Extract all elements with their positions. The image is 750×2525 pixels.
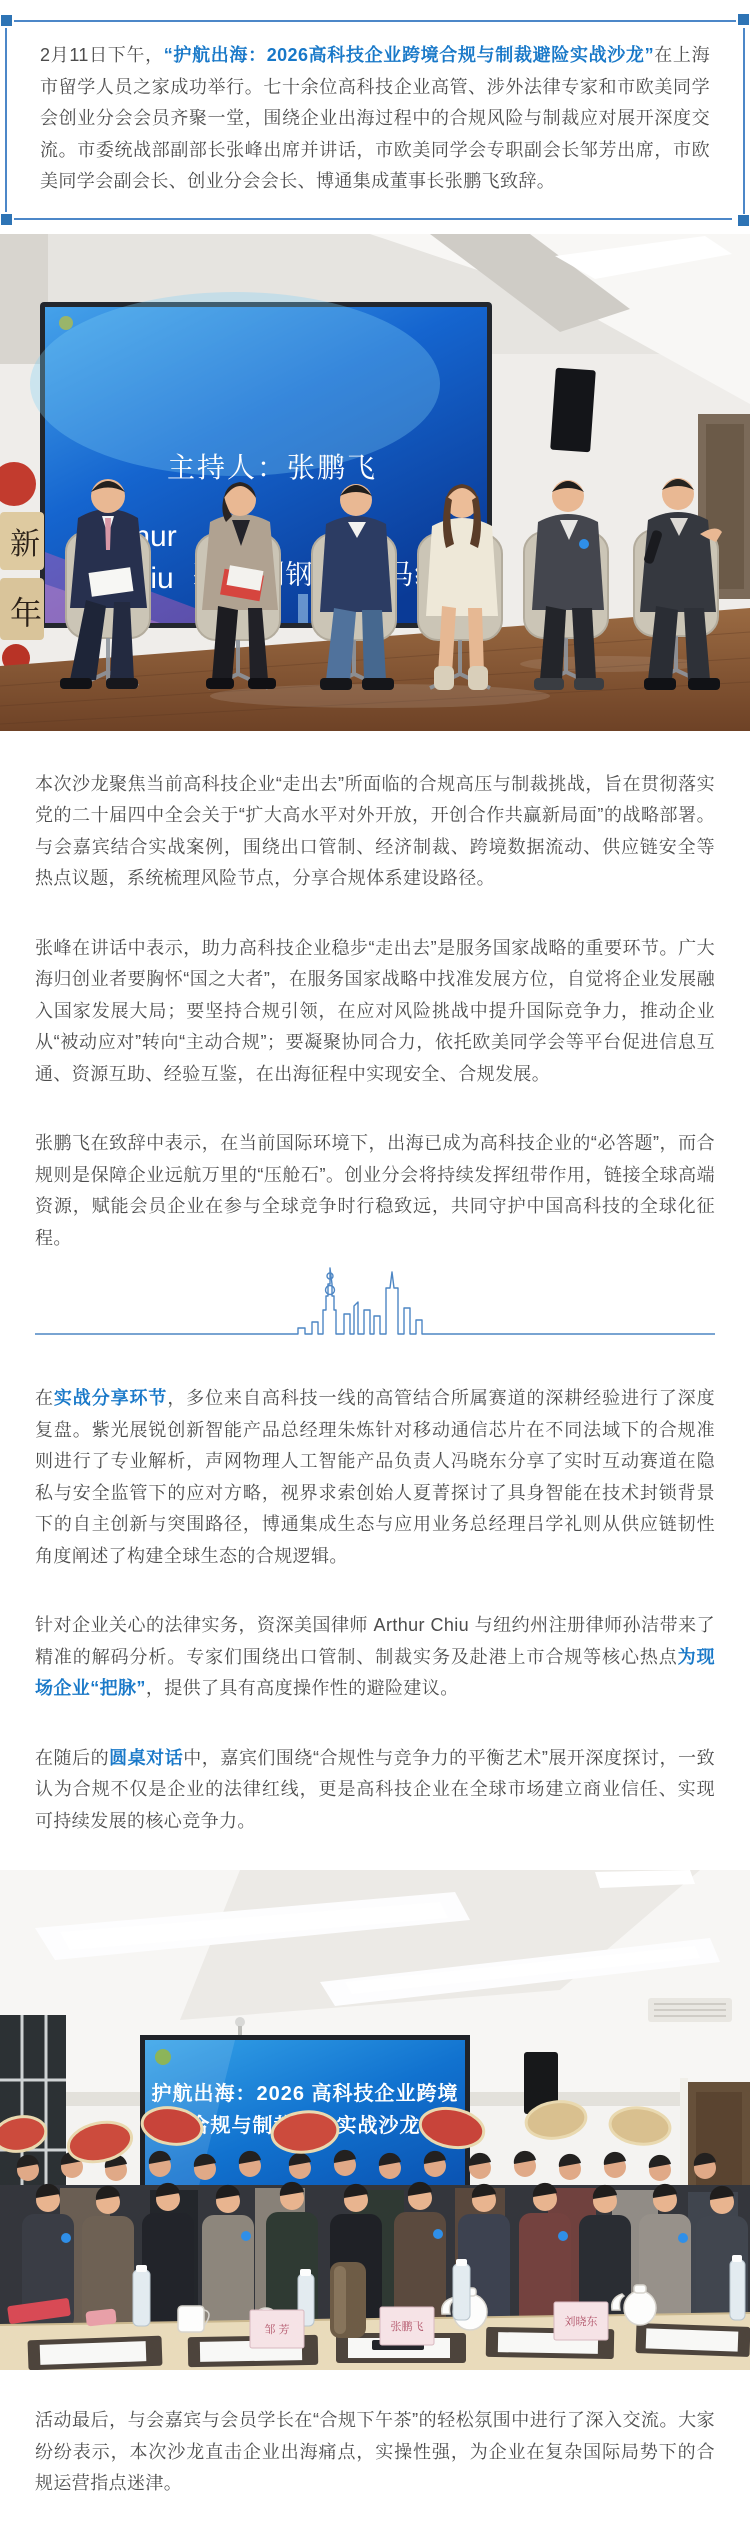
event-photo-group[interactable]: 护航出海：2026 高科技企业跨境 合规与制裁避险实战沙龙 [0,1870,750,2370]
skyline-divider [0,1264,750,1361]
event-photo-panel[interactable]: 主持人：张鹏飞 Arthur Chiu 孙洁 刘钢 杜玲 马继荣 新 年 [0,234,750,731]
frame-square-bottom-left [1,214,12,225]
screen-logo-dot [59,316,73,330]
intro-prefix: 2月11日下午， [40,45,164,65]
p6-pre: 针对企业关心的法律实务，资深美国律师 Arthur Chiu 与纽约州注册律师孙… [35,1615,715,1667]
decor-calligraphy-top: 新 [10,528,40,561]
p6-post: ，提供了具有高度操作性的避险建议。 [146,1678,459,1698]
intro-body: 在上海市留学人员之家成功举行。七十余位高科技企业高管、涉外法律专家和市欧美同学会… [40,45,710,191]
frame-square-top-left [1,15,12,26]
p5-pre: 在 [35,1388,54,1408]
event-title: “护航出海：2026高科技企业跨境合规与制裁避险实战沙龙” [164,45,654,65]
p5-post: ，多位来自高科技一线的高管结合所属赛道的深耕经验进行了深度复盘。紫光展锐创新智能… [35,1388,715,1566]
name-card-2: 张鹏飞 [391,2320,424,2333]
frame-line-bottom [14,218,732,220]
ceiling-camera [235,2017,245,2027]
frame-line-top [14,20,736,22]
paragraph-zhangpengfei-speech: 张鹏飞在致辞中表示，在当前国际环境下，出海已成为高科技企业的“必答题”，而合规则… [35,1128,715,1254]
paragraph-zhangfeng-speech: 张峰在讲话中表示，助力高科技企业稳步“走出去”是服务国家战略的重要环节。广大海归… [35,933,715,1091]
paragraph-roundtable: 在随后的圆桌对话中，嘉宾们围绕“合规性与竞争力的平衡艺术”展开深度探讨，一致认为… [35,1743,715,1838]
name-card-1: 邹 芳 [264,2322,289,2336]
wall-speaker [550,367,596,452]
intro-framed-box: 2月11日下午，“护航出海：2026高科技企业跨境合规与制裁避险实战沙龙”在上海… [0,16,750,220]
article-page: 2月11日下午，“护航出海：2026高科技企业跨境合规与制裁避险实战沙龙”在上海… [0,16,750,2525]
name-card-3: 刘晓东 [565,2314,598,2328]
frame-square-bottom-right [738,215,749,226]
frame-line-left [5,28,7,212]
paragraph-closing: 活动最后，与会嘉宾与会员学长在“合规下午茶”的轻松氛围中进行了深入交流。大家纷纷… [35,2405,715,2500]
screen-host-title: 主持人：张鹏飞 [167,452,377,483]
decor-calligraphy-bottom: 年 [10,595,42,631]
frame-square-top-right [738,14,749,25]
paragraph-overview: 本次沙龙聚焦当前高科技企业“走出去”所面临的合规高压与制裁挑战，旨在贯彻落实党的… [35,769,715,895]
p5-highlight: 实战分享环节 [54,1388,167,1408]
p7-pre: 在随后的 [35,1748,109,1768]
p7-highlight: 圆桌对话 [109,1748,183,1768]
paragraph-legal-practice: 针对企业关心的法律实务，资深美国律师 Arthur Chiu 与纽约州注册律师孙… [35,1610,715,1705]
frame-line-right [743,28,745,214]
screen-banner-line1: 护航出海：2026 高科技企业跨境 [151,2081,458,2105]
intro-paragraph: 2月11日下午，“护航出海：2026高科技企业跨境合规与制裁避险实战沙龙”在上海… [40,40,710,198]
paragraph-sharing-session: 在实战分享环节，多位来自高科技一线的高管结合所属赛道的深耕经验进行了深度复盘。紫… [35,1383,715,1572]
